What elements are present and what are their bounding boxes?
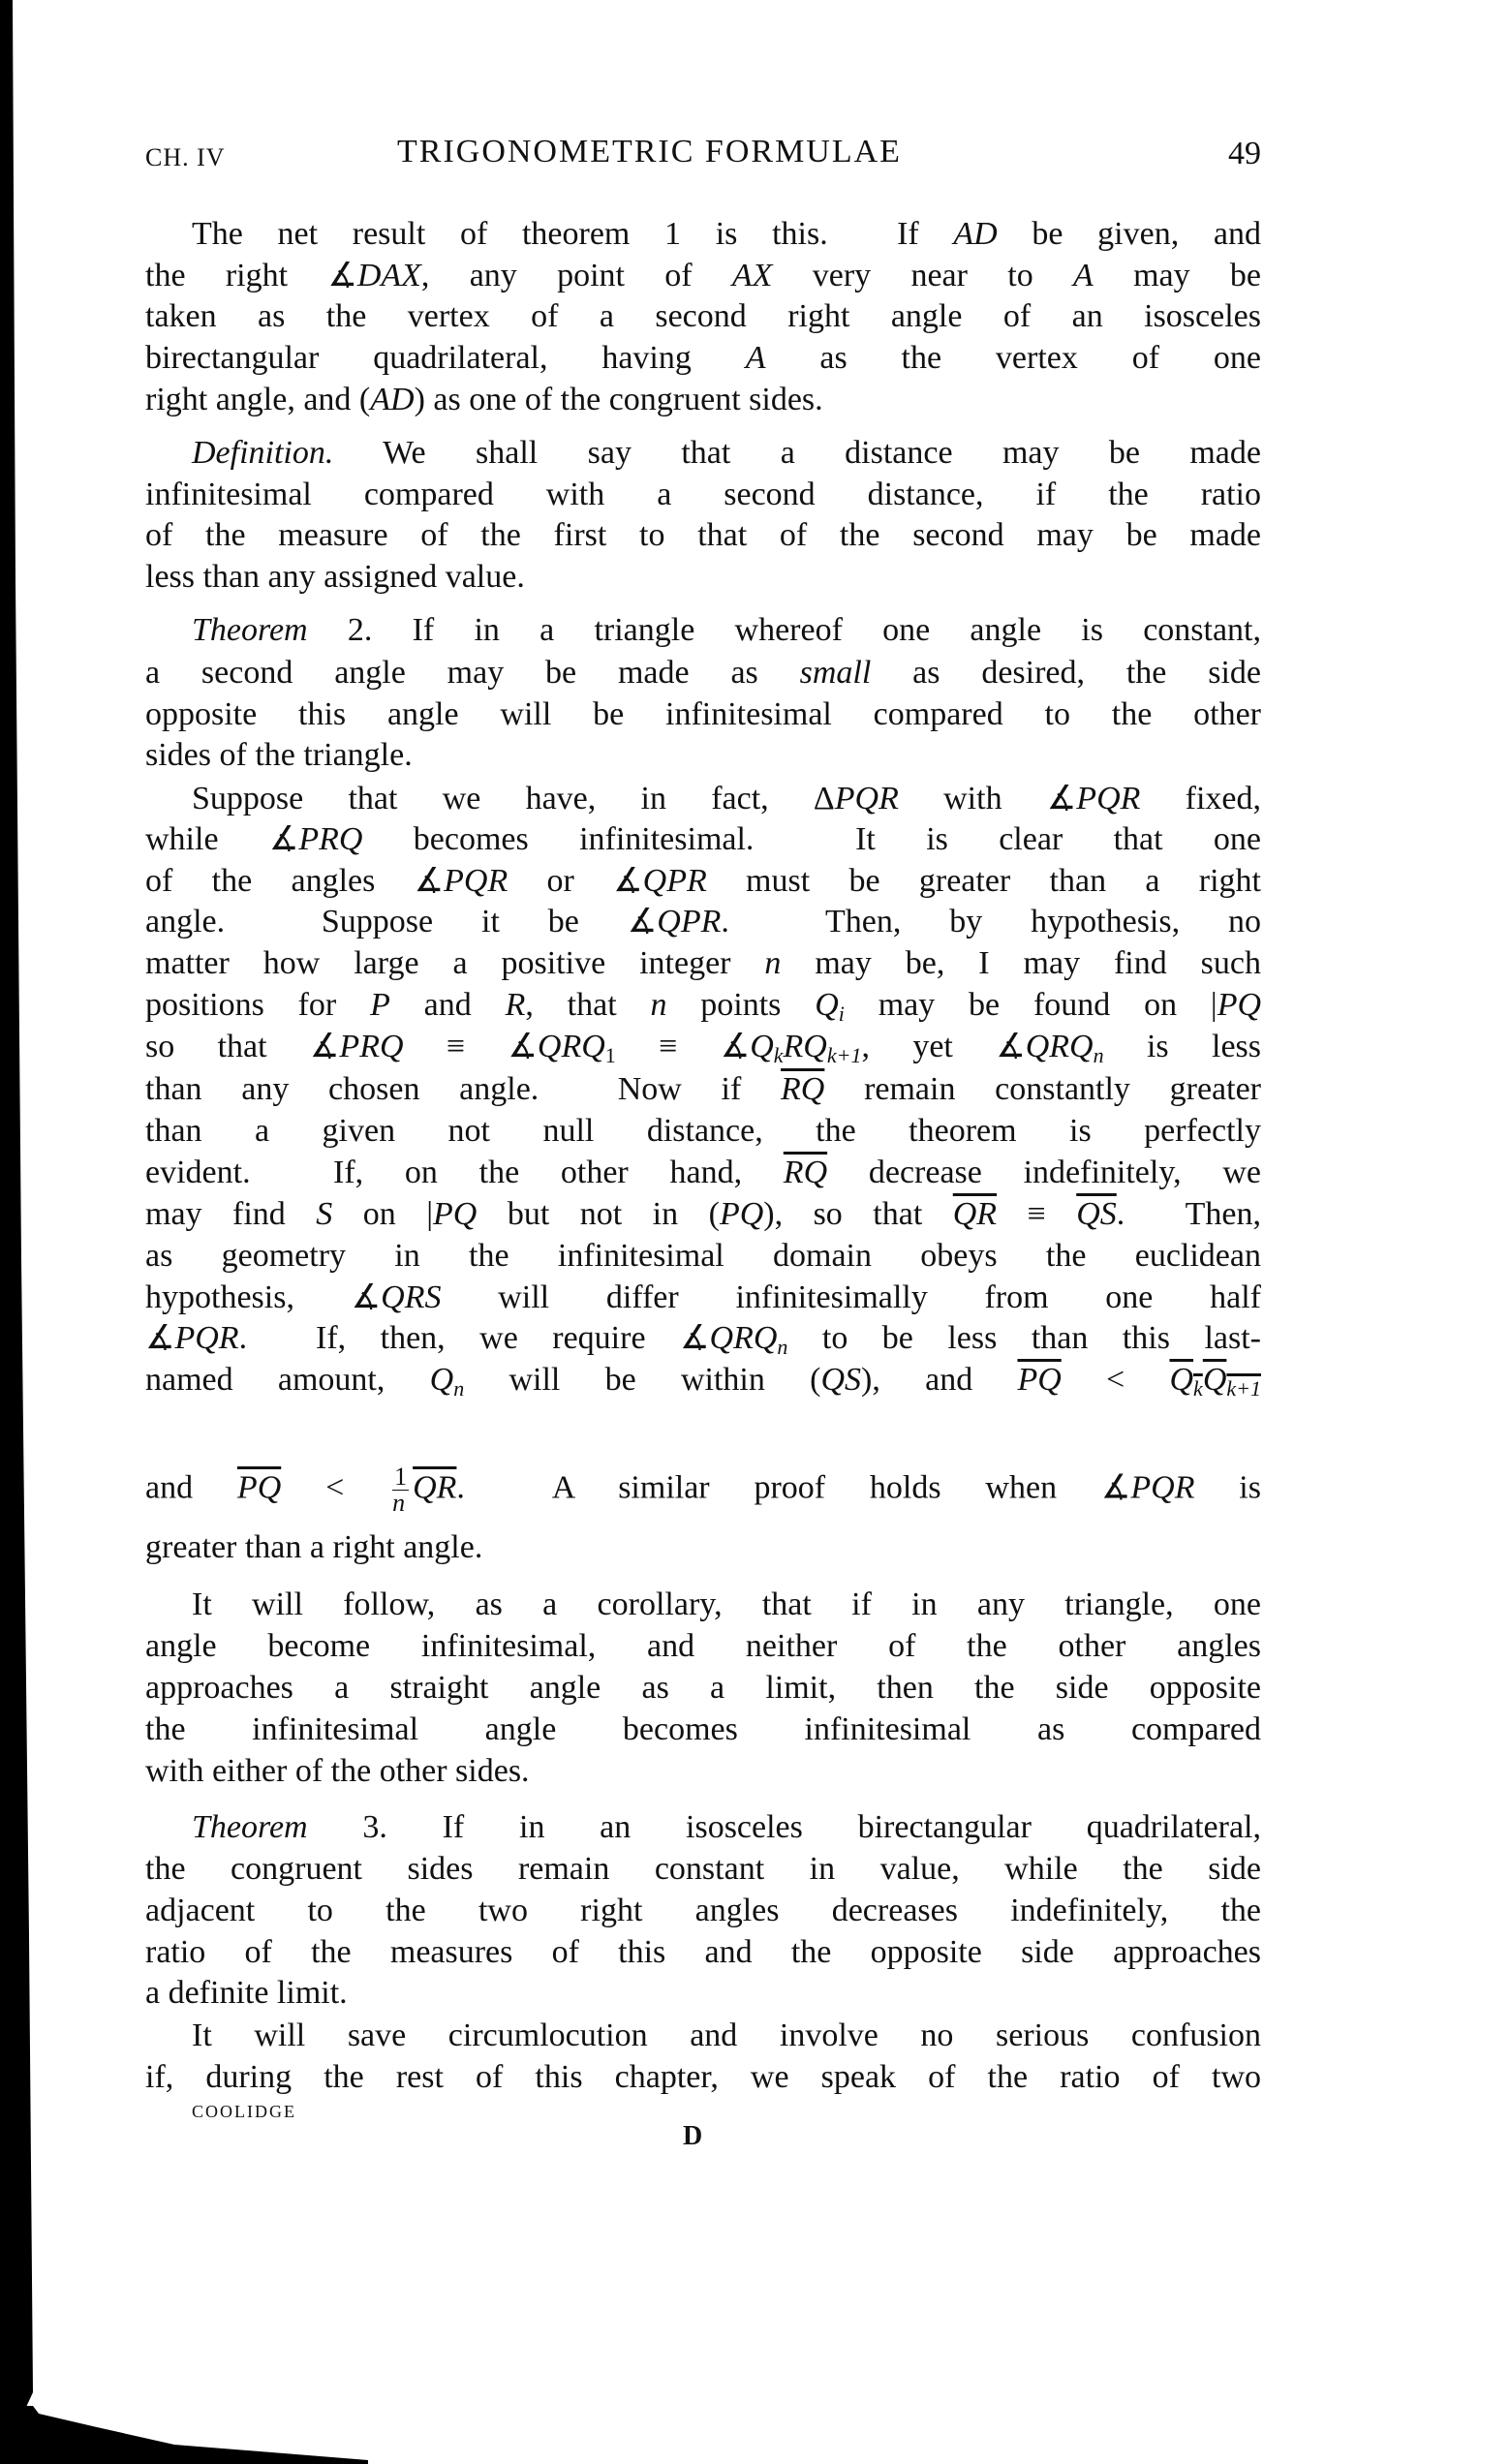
text-line: while ∡PRQ becomes infinitesimal. It is … <box>145 820 1261 859</box>
text-line: hypothesis, ∡QRS will differ infinitesim… <box>145 1278 1261 1317</box>
text-line: evident. If, on the other hand, RQ decre… <box>145 1154 1261 1192</box>
running-header: CH. IV TRIGONOMETRIC FORMULAE 49 <box>145 134 1261 172</box>
text-line: Suppose that we have, in fact, ΔPQR with… <box>145 780 1261 818</box>
text-line: right angle, and (AD) as one of the cong… <box>145 381 1261 419</box>
text-line: angle. Suppose it be ∡QPR. Then, by hypo… <box>145 903 1261 941</box>
text-line: angle become infinitesimal, and neither … <box>145 1627 1261 1666</box>
text-line: taken as the vertex of a second right an… <box>145 297 1261 336</box>
text-line: if, during the rest of this chapter, we … <box>145 2058 1261 2097</box>
text-line: and PQ < 1nQR. A similar proof holds whe… <box>145 1464 1261 1516</box>
text-line: a definite limit. <box>145 1974 1261 2013</box>
text-line: than a given not null distance, the theo… <box>145 1112 1261 1151</box>
text-line: ratio of the measures of this and the op… <box>145 1933 1261 1972</box>
text-line: so that ∡PRQ ≡ ∡QRQ1 ≡ ∡QkRQk+1, yet ∡QR… <box>145 1028 1261 1066</box>
page-number: 49 <box>1228 136 1261 172</box>
fraction-one-over-n: 1n <box>392 1464 409 1516</box>
text-line: named amount, Qn will be within (QS), an… <box>145 1361 1261 1400</box>
text-line: as geometry in the infinitesimal domain … <box>145 1237 1261 1276</box>
text-line: greater than a right angle. <box>145 1528 1261 1567</box>
text-line: positions for P and R, that n points Qi … <box>145 986 1261 1025</box>
theorem-label: Theorem <box>192 612 308 648</box>
theorem-label: Theorem <box>192 1809 308 1845</box>
text-line: approaches a straight angle as a limit, … <box>145 1669 1261 1708</box>
scan-left-border <box>0 0 35 2464</box>
text-line: sides of the triangle. <box>145 736 1261 775</box>
text-line: the congruent sides remain constant in v… <box>145 1850 1261 1889</box>
text-line: adjacent to the two right angles decreas… <box>145 1892 1261 1930</box>
text-line: birectangular quadrilateral, having A as… <box>145 339 1261 378</box>
text-line: It will follow, as a corollary, that if … <box>145 1586 1261 1624</box>
scan-bottom-shadow <box>0 2406 368 2464</box>
text-line: may find S on |PQ but not in (PQ), so th… <box>145 1195 1261 1234</box>
printer-signature: COOLIDGE <box>192 2102 296 2122</box>
chapter-label: CH. IV <box>145 143 226 172</box>
page-title: TRIGONOMETRIC FORMULAE <box>397 134 902 170</box>
text-line: Theorem 2. If in a triangle whereof one … <box>145 611 1261 650</box>
text-line: It will save circumlocution and involve … <box>145 2017 1261 2055</box>
text-line: the right ∡DAX, any point of AX very nea… <box>145 257 1261 295</box>
text-line: with either of the other sides. <box>145 1752 1261 1791</box>
text-line: Definition. We shall say that a distance… <box>145 434 1261 473</box>
text-line: infinitesimal compared with a second dis… <box>145 476 1261 514</box>
text-line: matter how large a positive integer n ma… <box>145 944 1261 983</box>
definition-label: Definition. <box>192 435 333 471</box>
text-line: ∡PQR. If, then, we require ∡QRQn to be l… <box>145 1319 1261 1358</box>
text-line: the infinitesimal angle becomes infinite… <box>145 1710 1261 1749</box>
text-line: less than any assigned value. <box>145 558 1261 597</box>
text-line: than any chosen angle. Now if RQ remain … <box>145 1070 1261 1109</box>
text-line: of the angles ∡PQR or ∡QPR must be great… <box>145 862 1261 901</box>
signature-mark: D <box>683 2121 702 2152</box>
text-line: opposite this angle will be infinitesima… <box>145 695 1261 734</box>
text-line: a second angle may be made as small as d… <box>145 654 1261 693</box>
text-line: The net result of theorem 1 is this. If … <box>145 215 1261 254</box>
text-line: of the measure of the first to that of t… <box>145 516 1261 555</box>
text-line: Theorem 3. If in an isosceles birectangu… <box>145 1808 1261 1847</box>
